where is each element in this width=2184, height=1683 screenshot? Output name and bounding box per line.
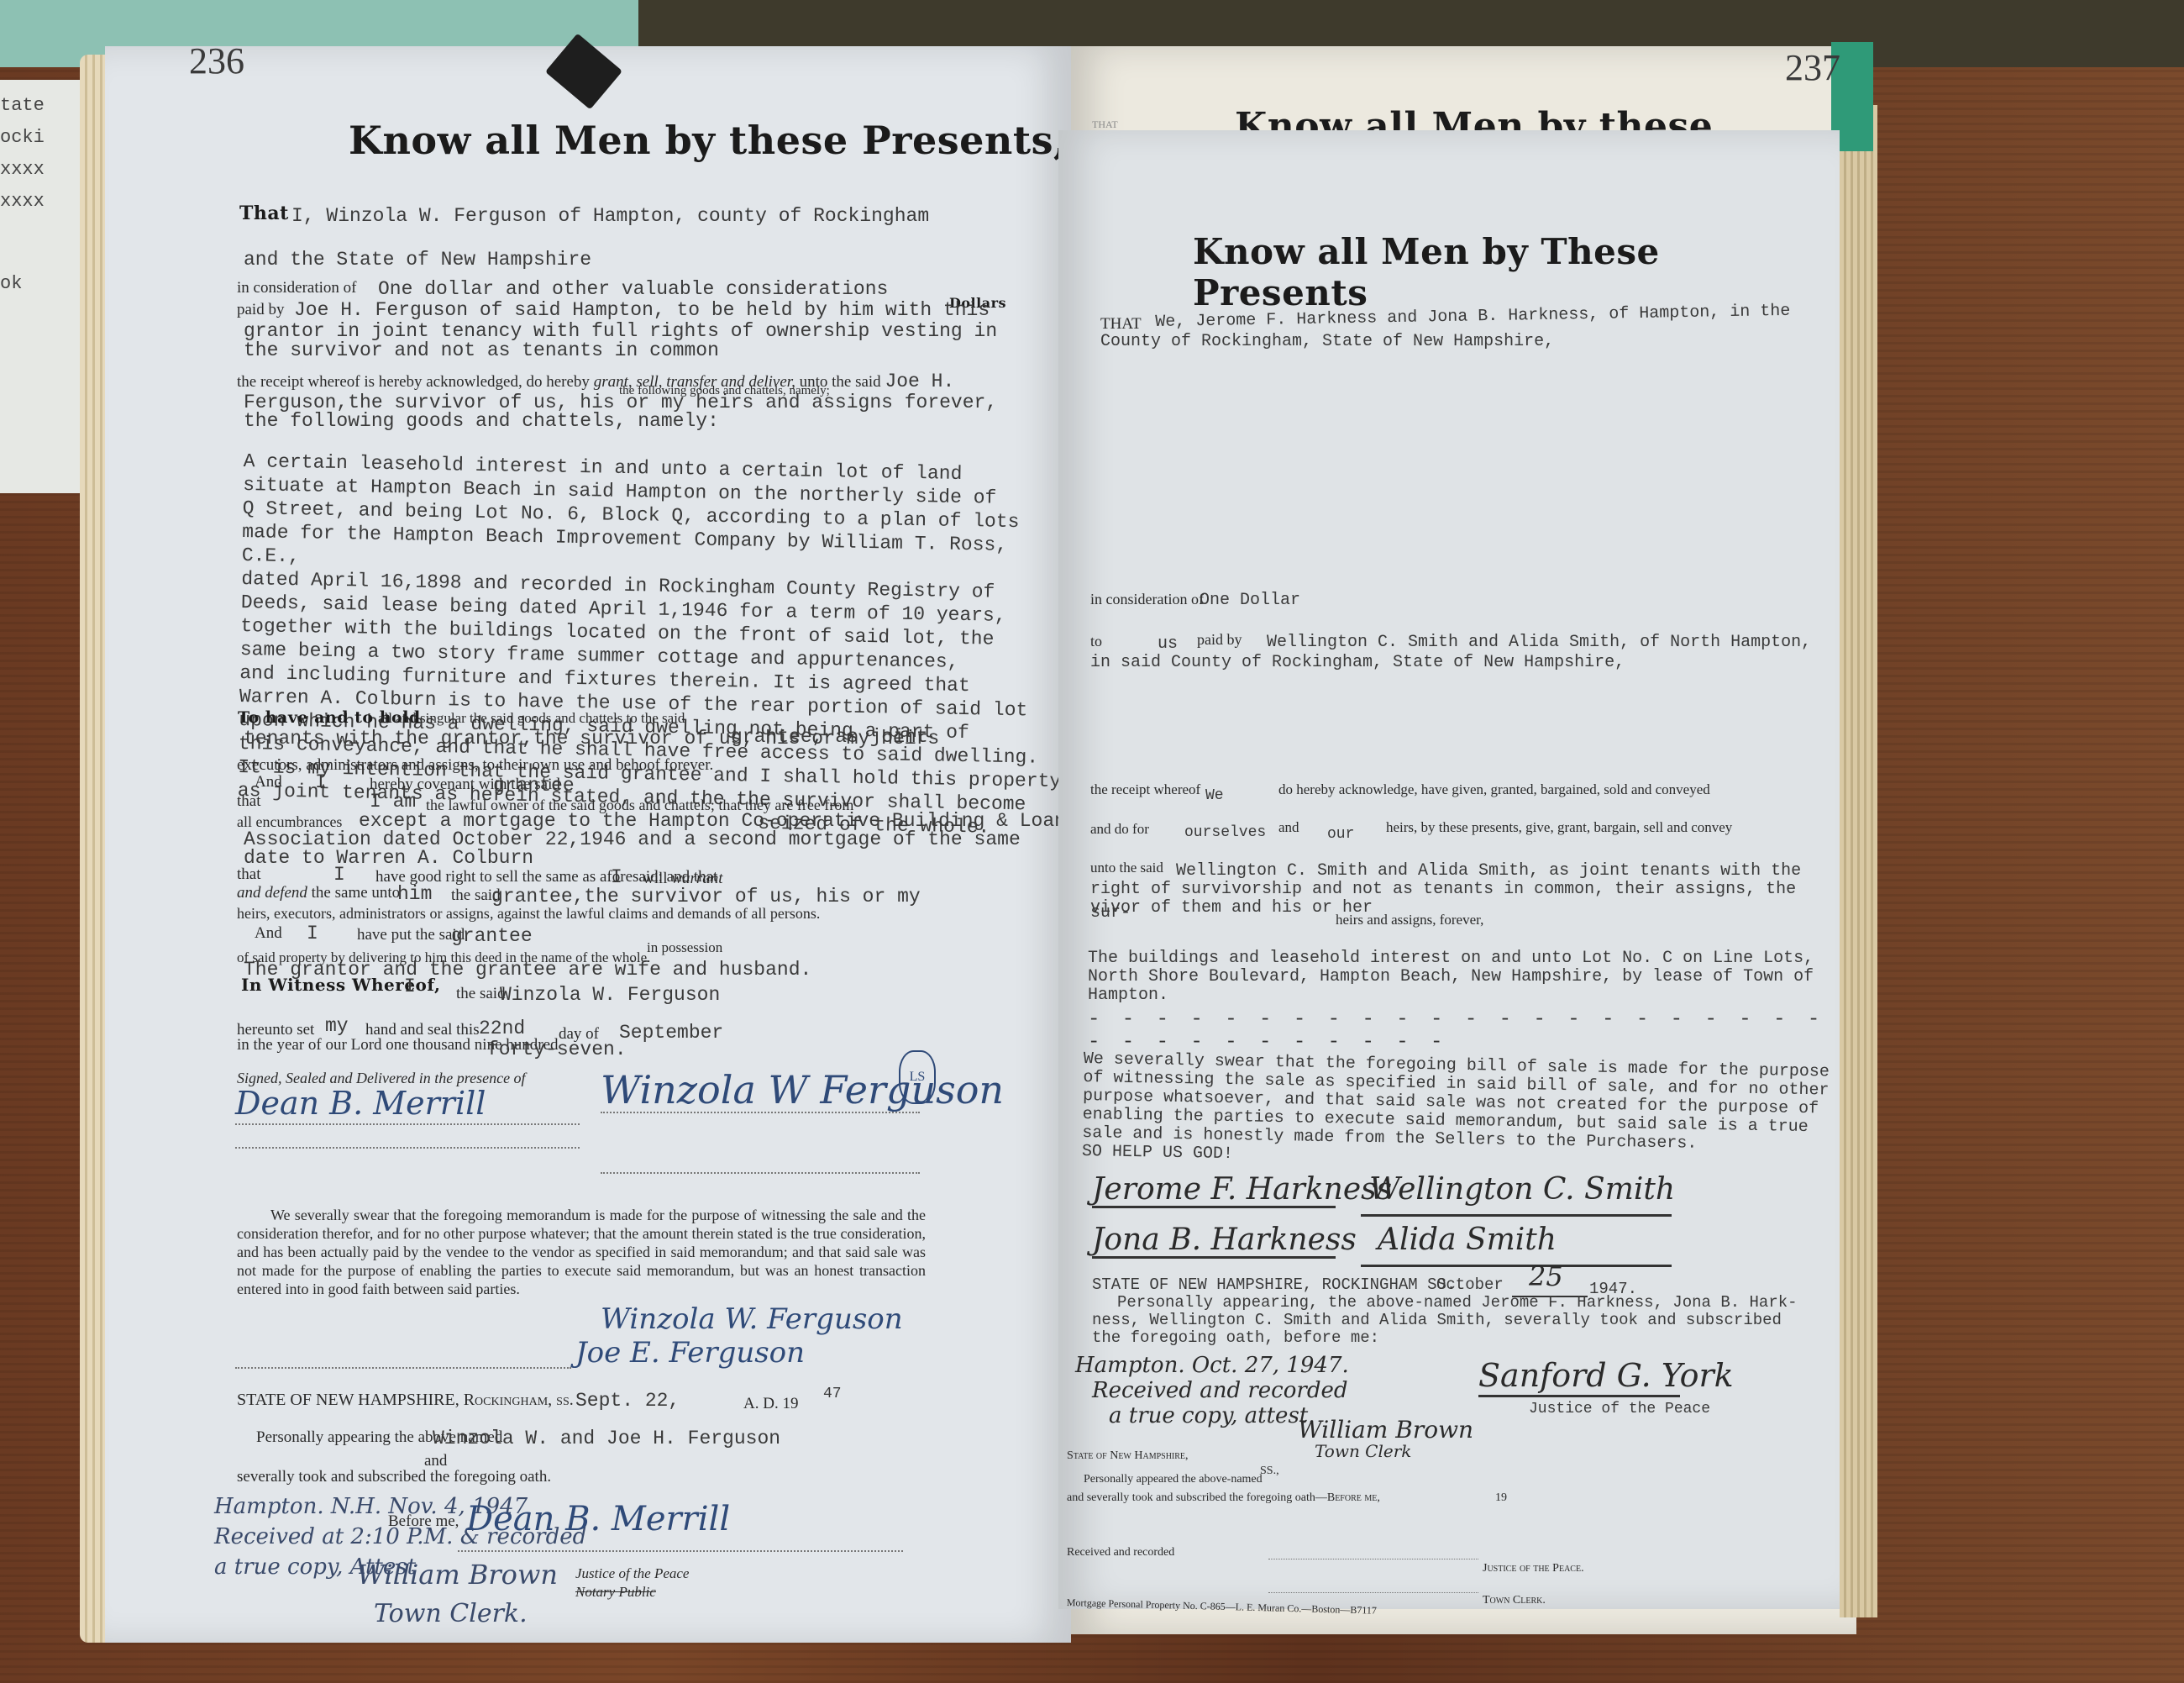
property-description: A certain leasehold interest in and unto… (237, 450, 1071, 840)
signature-alida: Alida Smith (1378, 1223, 1557, 1257)
form-year-prefix: 19 (1495, 1491, 1507, 1505)
grantee-line: the following goods and chattels, namely… (244, 409, 719, 433)
justice-signature: Sanford G. York (1478, 1357, 1734, 1394)
signature-line (1268, 1592, 1478, 1593)
right-that: that (237, 865, 261, 884)
left-page-title: Know all Men by these Presents, (349, 118, 1068, 163)
signature-line (1092, 1206, 1336, 1208)
signature-wellington: Wellington C. Smith (1369, 1172, 1675, 1207)
page-number-right: 237 (1785, 46, 1840, 89)
habendum-typed-line: tenants with the grantor,the survivor of… (244, 727, 939, 750)
state-line: and the State of New Hampshire (244, 248, 591, 271)
encumbrance-line: date to Warren A. Colburn (244, 846, 533, 870)
form-before-me: Before me, (1327, 1491, 1380, 1504)
covenant-and: And (255, 773, 282, 792)
signature-line (235, 1123, 580, 1125)
defend-text: the same unto (312, 884, 401, 902)
form-ss: SS., (1260, 1465, 1279, 1478)
right-who: I (333, 863, 345, 886)
signature-jona: Jona B. Harkness (1092, 1223, 1357, 1257)
receipt-who: We (1205, 784, 1224, 807)
property-description: The buildings and leasehold interest on … (1088, 949, 1814, 1005)
form-justice: Justice of the Peace. (1483, 1562, 1584, 1575)
heirs-text: heirs, by these presents, give, grant, b… (1386, 819, 1732, 836)
ack-year: 47 (823, 1382, 842, 1406)
page-number-left: 236 (189, 39, 244, 82)
heirs-forever: heirs and assigns, forever, (1336, 912, 1483, 928)
paid-by-line: in said County of Rockingham, State of N… (1090, 651, 1625, 675)
oath-paragraph: We severally swear that the foregoing me… (237, 1206, 926, 1298)
clerk-title: Town Clerk (1315, 1441, 1411, 1461)
justice-title: Justice of the Peace (1529, 1397, 1710, 1421)
property-line: The buildings and leasehold interest on … (1088, 949, 1814, 968)
covenant-who: I (315, 770, 327, 794)
possession-text: have put the said (357, 926, 465, 944)
fragment-text: ocki (0, 122, 92, 154)
witness-year: forty-seven. (487, 1038, 627, 1061)
defend-him: him (397, 882, 432, 906)
ourselves: ourselves (1184, 821, 1266, 844)
page-stack-right (1840, 105, 1877, 1617)
ack-day: 25 (1529, 1260, 1563, 1292)
grantor-signature: Winzola W Ferguson (601, 1067, 1004, 1112)
paid-by-line: Joe H. Ferguson of said Hampton, to be h… (294, 298, 990, 322)
signature-line (458, 1550, 903, 1552)
form-oath: and severally took and subscribed the fo… (1067, 1491, 1327, 1504)
paid-by-label: paid by (237, 301, 284, 319)
adjacent-document-fragment: tate ocki xxxx xxxx ok (0, 80, 92, 493)
ack-names: Winzola W. and Joe H. Ferguson (433, 1427, 780, 1450)
receipt-label: the receipt whereof (1090, 781, 1200, 798)
paid-by-label: paid by (1197, 631, 1242, 649)
back-that-label: THAT (1092, 118, 1118, 131)
grantee-name-start: Joe H. (885, 371, 954, 392)
divider-dashes: - - - - - - - - - - - - - - - - - - - - … (1088, 1008, 1840, 1054)
signature-line (1361, 1265, 1672, 1267)
possession-and: And (255, 924, 282, 943)
ack-line: the foregoing oath, before me: (1092, 1329, 1798, 1347)
property-line: North Shore Boulevard, Hampton Beach, Ne… (1088, 968, 1814, 986)
property-line: Hampton. (1088, 986, 1814, 1005)
covenant-grantee: grantee (493, 774, 575, 797)
signature-jerome: Jerome F. Harkness (1092, 1172, 1392, 1207)
consideration-value: One Dollar (1200, 589, 1300, 613)
witness-name: Winzola W. Ferguson (500, 983, 720, 1007)
notary-title-struck: Notary Public (575, 1584, 656, 1601)
ack-county: Rockingham, ss. (464, 1391, 574, 1409)
signature-line (235, 1367, 571, 1369)
form-appeared: Personally appeared the above-named (1084, 1473, 1263, 1486)
witness-month: September (619, 1021, 723, 1044)
habendum-end: executors, administrators and assigns, t… (237, 756, 713, 775)
recording-note-line: Hampton. Oct. 27, 1947. (1075, 1353, 1349, 1378)
defend-italic: and defend (237, 884, 307, 902)
receipt-text: do hereby acknowledge, have given, grant… (1278, 781, 1710, 798)
covenant-that: that (237, 792, 261, 811)
justice-signature: Dean B. Merrill (466, 1500, 730, 1538)
unto-label: unto the said (1090, 860, 1163, 876)
consideration-label: in consideration of (1090, 591, 1204, 608)
clerk-signature: William Brown (357, 1559, 558, 1591)
and-label: and (1278, 819, 1299, 836)
ack-line: ness, Wellington C. Smith and Alida Smit… (1092, 1312, 1798, 1329)
fragment-text: xxxx (0, 186, 92, 218)
ack-ad: A. D. 19 (743, 1395, 798, 1413)
witness-said: the said (456, 985, 506, 1003)
form-received: Received and recorded (1067, 1546, 1174, 1559)
ack-text: Personally appearing, the above-named Je… (1092, 1294, 1798, 1347)
record-book: 236 Know all Men by these Presents, That… (80, 46, 1894, 1676)
witness-who: I (404, 975, 416, 998)
possession-who: I (307, 922, 318, 945)
fragment-text: tate (0, 90, 92, 122)
consideration-label: in consideration of (237, 279, 356, 297)
do-for-label: and do for (1090, 821, 1149, 838)
clerk-signature: William Brown (1298, 1416, 1473, 1444)
ack-state: STATE OF NEW HAMPSHIRE, (237, 1391, 459, 1409)
form-clerk: Town Clerk. (1483, 1594, 1546, 1607)
grantee-line: vivor of them and his or her (1090, 897, 1373, 920)
justice-title: Justice of the Peace (575, 1565, 689, 1582)
signature-line (1361, 1214, 1672, 1217)
possession-label: in possession (647, 939, 722, 956)
heirs-text: heirs, executors, administrators or assi… (237, 905, 820, 923)
grantor-line: I, Winzola W. Ferguson of Hampton, count… (291, 204, 929, 228)
fragment-text: xxxx (0, 154, 92, 186)
witness-my: my (325, 1014, 349, 1038)
right-page: THAT Know all Men by These Presents THAT… (1058, 130, 1840, 1609)
ack-oath-text: severally took and subscribed the forego… (237, 1468, 551, 1486)
grantor-line: County of Rockingham, State of New Hamps… (1100, 330, 1554, 354)
oath-signature-1: Winzola W. Ferguson (601, 1302, 903, 1336)
paid-by-line: the survivor and not as tenants in commo… (244, 339, 719, 362)
our: our (1327, 823, 1354, 846)
receipt-text: the receipt whereof is hereby acknowledg… (237, 373, 590, 391)
to-label: to (1090, 633, 1102, 650)
signature-line (1092, 1256, 1336, 1259)
ack-date: Sept. 22, (575, 1389, 680, 1412)
before-me-label: Before me, (388, 1512, 459, 1531)
form-state: State of New Hampshire, (1067, 1449, 1189, 1463)
left-page: 236 Know all Men by these Presents, That… (105, 46, 1071, 1643)
oath-paragraph: We severally swear that the foregoing bi… (1082, 1050, 1830, 1174)
witness-signature: Dean B. Merrill (235, 1085, 486, 1122)
seal-mark: LS (899, 1050, 936, 1104)
overprint-goods-text: the following goods and chattels, namely… (619, 384, 830, 398)
consideration-value: One dollar and other valuable considerat… (378, 277, 888, 301)
signature-line (235, 1147, 580, 1149)
clerk-title: Town Clerk. (374, 1599, 528, 1628)
habendum-text: all and singular the said goods and chat… (378, 710, 685, 727)
signature-line (601, 1172, 920, 1174)
oath-signature-2: Joe E. Ferguson (575, 1336, 805, 1370)
signature-line (1268, 1559, 1478, 1559)
possession-grantee: grantee (451, 924, 533, 948)
intro-label: That (239, 202, 289, 224)
fragment-text: ok (0, 268, 92, 300)
ack-line: Personally appearing, the above-named Je… (1092, 1294, 1798, 1312)
recording-note-line: Received and recorded (1075, 1378, 1349, 1403)
signature-line (601, 1112, 920, 1113)
